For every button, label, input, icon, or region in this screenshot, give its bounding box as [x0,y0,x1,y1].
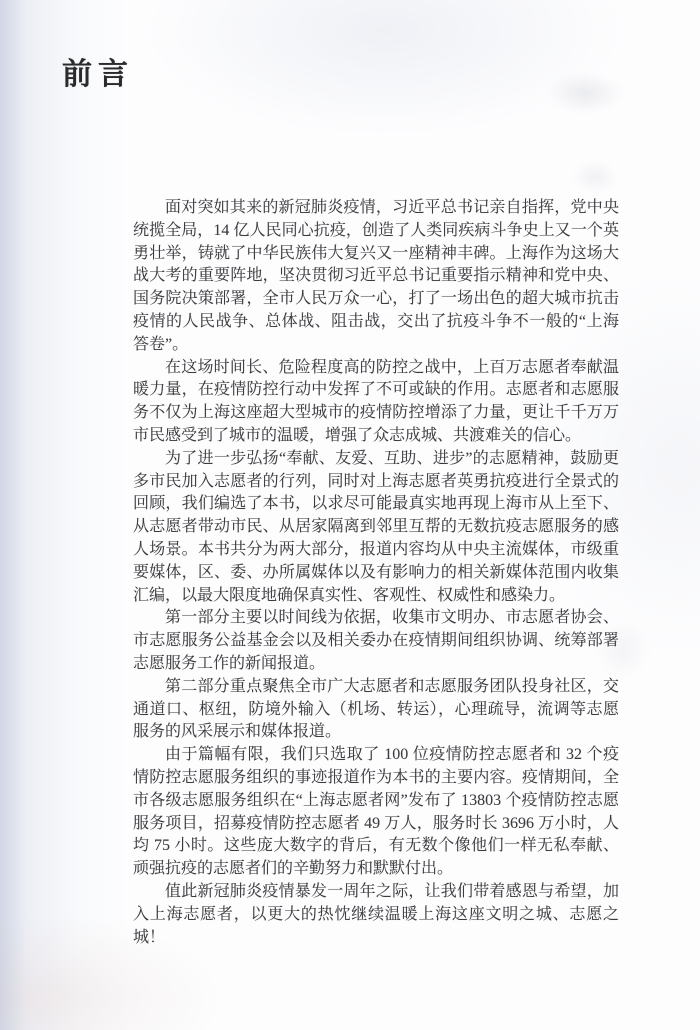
body-paragraph: 由于篇幅有限，我们只选取了 100 位疫情防控志愿者和 32 个疫情防控志愿服务… [133,744,619,881]
body-paragraph: 在这场时间长、危险程度高的防控之战中，上百万志愿者奉献温暖力量，在疫情防控行动中… [133,357,619,448]
body-paragraph: 面对突如其来的新冠肺炎疫情，习近平总书记亲自指挥，党中央统揽全局，14 亿人民同… [133,197,619,357]
scanned-book-page: 前言 面对突如其来的新冠肺炎疫情，习近平总书记亲自指挥，党中央统揽全局，14 亿… [0,0,700,1030]
preface-body: 面对突如其来的新冠肺炎疫情，习近平总书记亲自指挥，党中央统揽全局，14 亿人民同… [133,197,619,949]
scan-bleedthrough-smudge [572,160,618,194]
body-paragraph: 为了进一步弘扬“奉献、友爱、互助、进步”的志愿精神，鼓励更多市民加入志愿者的行列… [133,448,619,608]
body-paragraph: 第一部分主要以时间线为依据，收集市文明办、市志愿者协会、市志愿服务公益基金会以及… [133,607,619,675]
body-paragraph: 第二部分重点聚焦全市广大志愿者和志愿服务团队投身社区，交通道口、枢纽，防境外输入… [133,676,619,744]
scan-bleedthrough-smudge [546,72,624,114]
scan-spine-shadow [0,0,26,1030]
page-title: 前言 [62,56,134,94]
body-paragraph: 值此新冠肺炎疫情暴发一周年之际，让我们带着感恩与希望，加入上海志愿者，以更大的热… [133,881,619,949]
